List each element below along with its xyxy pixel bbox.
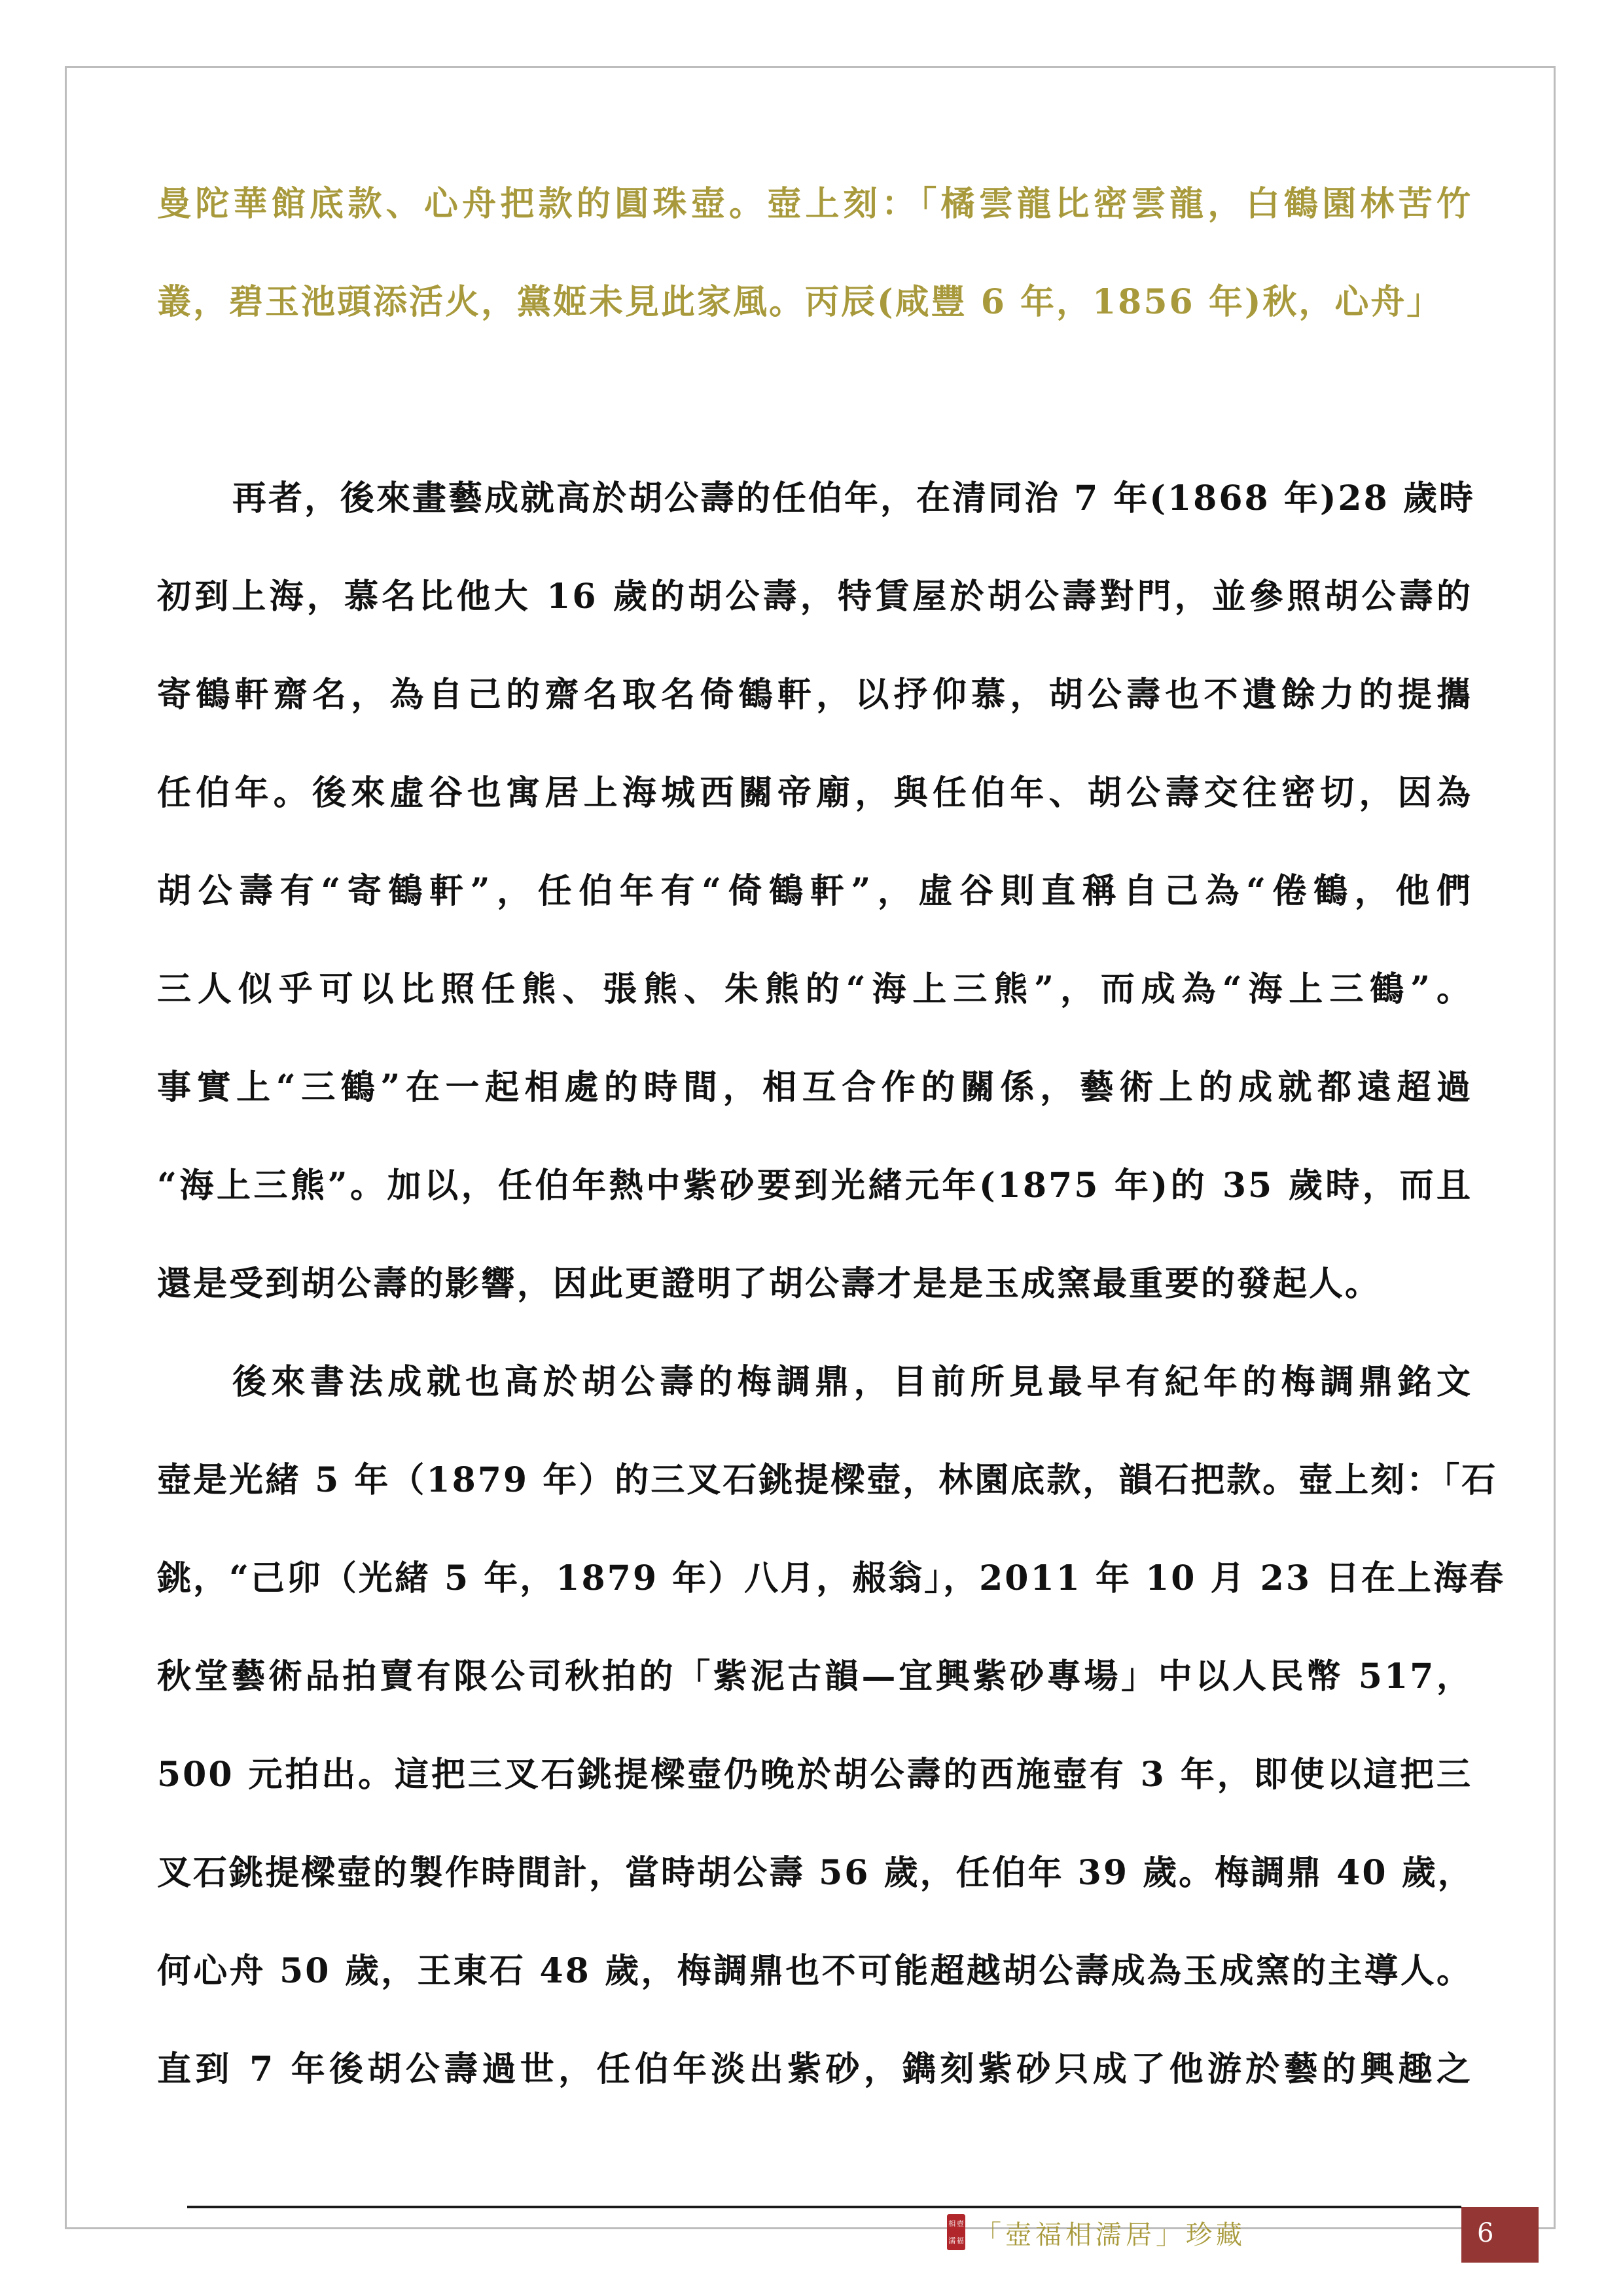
paragraph-line: 秋堂藝術品拍賣有限公司秋拍的「紫泥古韻—宜興紫砂專場」中以人民幣 517， (157, 1651, 1472, 1703)
seal-char: 福 (957, 2233, 965, 2249)
seal-char: 濡 (948, 2233, 956, 2249)
seal-char: 壺 (957, 2215, 965, 2232)
page-number: 6 (1477, 2214, 1493, 2253)
quote-line: 叢，碧玉池頭添活火，黨姬未見此家風。丙辰(咸豐 6 年，1856 年)秋，心舟」 (157, 276, 1442, 329)
paragraph-line: 再者，後來畫藝成就高於胡公壽的任伯年，在清同治 7 年(1868 年)28 歲時 (232, 473, 1472, 525)
footer-collection-title: 「壺福相濡居」珍藏 (975, 2215, 1246, 2255)
paragraph-line: 銚，“己卯（光緒 5 年，1879 年）八月，赧翁」，2011 年 10 月 2… (157, 1552, 1472, 1605)
paragraph-line: 任伯年。後來虛谷也寓居上海城西關帝廟，與任伯年、胡公壽交往密切，因為 (157, 767, 1472, 819)
paragraph-line: 直到 7 年後胡公壽過世，任伯年淡出紫砂，鐫刻紫砂只成了他游於藝的興趣之 (157, 2043, 1472, 2096)
paragraph-line: 胡公壽有“寄鶴軒”，任伯年有“倚鶴軒”，虛谷則直稱自己為“倦鶴，他們 (157, 865, 1472, 918)
seal-stamp-icon: 相 壺 濡 福 (947, 2214, 965, 2250)
paragraph-line: 後來書法成就也高於胡公壽的梅調鼎，目前所見最早有紀年的梅調鼎銘文 (232, 1356, 1472, 1408)
quote-line: 曼陀華館底款、心舟把款的圓珠壺。壺上刻：「橘雲龍比密雲龍，白鶴園林苦竹 (157, 178, 1472, 230)
seal-char: 相 (948, 2215, 956, 2232)
paragraph-line: 寄鶴軒齋名，為自己的齋名取名倚鶴軒，以抒仰慕，胡公壽也不遺餘力的提攜 (157, 669, 1472, 721)
paragraph-line: 何心舟 50 歲，王東石 48 歲，梅調鼎也不可能超越胡公壽成為玉成窯的主導人。 (157, 1945, 1472, 1998)
paragraph-line: 還是受到胡公壽的影響，因此更證明了胡公壽才是是玉成窯最重要的發起人。 (157, 1258, 1381, 1310)
paragraph-line: 壺是光緒 5 年（1879 年）的三叉石銚提樑壺，林園底款，韻石把款。壺上刻：「… (157, 1454, 1472, 1507)
paragraph-line: 500 元拍出。這把三叉石銚提樑壺仍晚於胡公壽的西施壺有 3 年，即使以這把三 (157, 1749, 1472, 1801)
paragraph-line: 初到上海，慕名比他大 16 歲的胡公壽，特賃屋於胡公壽對門，並參照胡公壽的 (157, 571, 1472, 623)
page-number-badge: 6 (1461, 2207, 1539, 2263)
paragraph-line: 三人似乎可以比照任熊、張熊、朱熊的“海上三熊”，而成為“海上三鶴”。 (157, 963, 1472, 1016)
paragraph-line: 叉石銚提樑壺的製作時間計，當時胡公壽 56 歲，任伯年 39 歲。梅調鼎 40 … (157, 1847, 1472, 1899)
footer-divider (187, 2206, 1461, 2208)
paragraph-line: 事實上“三鶴”在一起相處的時間，相互合作的關係，藝術上的成就都遠超過 (157, 1062, 1472, 1114)
paragraph-line: “海上三熊”。加以，任伯年熱中紫砂要到光緒元年(1875 年)的 35 歲時，而… (157, 1160, 1472, 1212)
page-frame (65, 66, 1556, 2229)
